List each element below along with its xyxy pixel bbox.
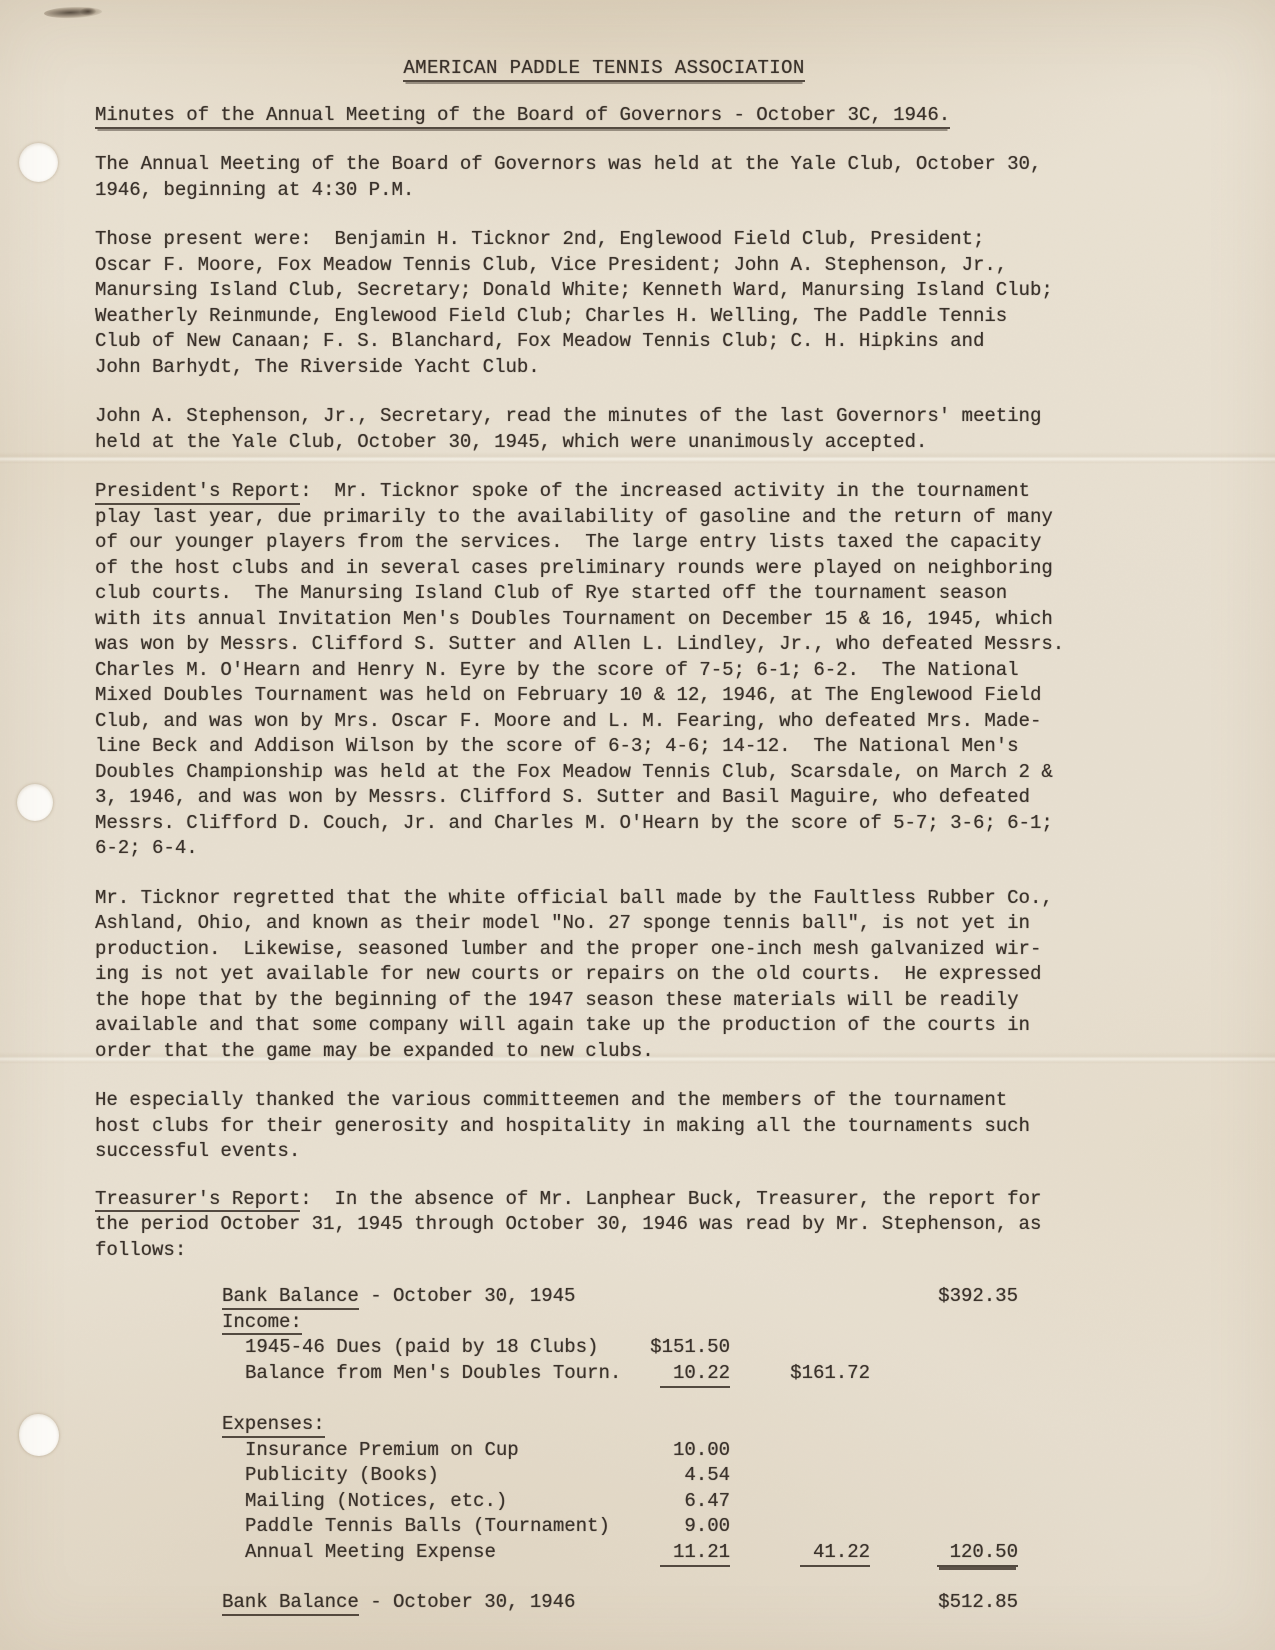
expenses-heading: Expenses: bbox=[222, 1413, 325, 1438]
amount-col1: 6.47 bbox=[535, 1489, 730, 1515]
document-subtitle: Minutes of the Annual Meeting of the Boa… bbox=[95, 104, 950, 129]
ledger-row-balls: Paddle Tennis Balls (Tournament)9.00 bbox=[95, 1514, 1113, 1540]
punch-hole-bottom bbox=[19, 1414, 59, 1456]
ledger-row-bank-balance-1946: Bank Balance - October 30, 1946$512.85 bbox=[95, 1590, 1113, 1616]
ink-smudge-mark bbox=[44, 6, 102, 19]
treasurer-ledger: Bank Balance - October 30, 1945$392.35 I… bbox=[95, 1284, 1113, 1616]
amount-col1: 10.22 bbox=[535, 1361, 730, 1389]
income-heading: Income: bbox=[222, 1311, 302, 1336]
paragraph-attendees: Those present were: Benjamin H. Ticknor … bbox=[95, 227, 1113, 380]
ledger-row-publicity: Publicity (Books)4.54 bbox=[95, 1463, 1113, 1489]
paragraph-treasurers-report: Treasurer's Report: In the absence of Mr… bbox=[95, 1187, 1113, 1264]
document-content: AMERICAN PADDLE TENNIS ASSOCIATION Minut… bbox=[95, 56, 1113, 1616]
amount-col2: $161.72 bbox=[750, 1361, 870, 1387]
row-label: Insurance Premium on Cup bbox=[245, 1438, 519, 1464]
treasurers-report-heading: Treasurer's Report bbox=[95, 1188, 300, 1213]
ledger-row-dues: 1945-46 Dues (paid by 18 Clubs)$151.50 bbox=[95, 1335, 1113, 1361]
row-label: Mailing (Notices, etc.) bbox=[245, 1489, 507, 1515]
paragraph-minutes-read: John A. Stephenson, Jr., Secretary, read… bbox=[95, 404, 1113, 455]
amount-col1: 11.21 bbox=[535, 1540, 730, 1568]
document-title: AMERICAN PADDLE TENNIS ASSOCIATION bbox=[403, 57, 804, 82]
paragraph-ball-report: Mr. Ticknor regretted that the white off… bbox=[95, 886, 1113, 1065]
paragraph-presidents-report: President's Report: Mr. Ticknor spoke of… bbox=[95, 479, 1113, 862]
punch-hole-middle bbox=[17, 784, 53, 821]
ledger-row-mailing: Mailing (Notices, etc.)6.47 bbox=[95, 1489, 1113, 1515]
row-label: Bank Balance - October 30, 1946 bbox=[222, 1590, 575, 1616]
punch-hole-top bbox=[19, 143, 58, 182]
amount-col1: $151.50 bbox=[535, 1335, 730, 1361]
ledger-row-annual-meeting: Annual Meeting Expense11.2141.22120.50 bbox=[95, 1540, 1113, 1566]
amount-col3: $392.35 bbox=[858, 1284, 1018, 1310]
ledger-row-bank-balance-1945: Bank Balance - October 30, 1945$392.35 bbox=[95, 1284, 1113, 1310]
amount-col3: 120.50 bbox=[858, 1540, 1018, 1568]
amount-col1: 4.54 bbox=[535, 1463, 730, 1489]
row-label: Bank Balance - October 30, 1945 bbox=[222, 1284, 575, 1310]
row-label: Publicity (Books) bbox=[245, 1463, 439, 1489]
paragraph-thanks: He especially thanked the various commit… bbox=[95, 1088, 1113, 1165]
paragraph-opening: The Annual Meeting of the Board of Gover… bbox=[95, 152, 1113, 203]
title-row: AMERICAN PADDLE TENNIS ASSOCIATION bbox=[95, 56, 1113, 82]
amount-col3: $512.85 bbox=[858, 1590, 1018, 1616]
row-label: Annual Meeting Expense bbox=[245, 1540, 496, 1566]
ledger-row-doubles-balance: Balance from Men's Doubles Tourn.10.22$1… bbox=[95, 1361, 1113, 1387]
presidents-report-body: : Mr. Ticknor spoke of the increased act… bbox=[95, 480, 1064, 859]
document-page: AMERICAN PADDLE TENNIS ASSOCIATION Minut… bbox=[0, 0, 1275, 1650]
amount-col1: 10.00 bbox=[535, 1438, 730, 1464]
presidents-report-heading: President's Report bbox=[95, 480, 300, 505]
ledger-row-insurance: Insurance Premium on Cup10.00 bbox=[95, 1438, 1113, 1464]
ledger-row-expenses-heading: Expenses: bbox=[95, 1412, 1113, 1438]
amount-col2: 41.22 bbox=[750, 1540, 870, 1568]
amount-col1: 9.00 bbox=[535, 1514, 730, 1540]
ledger-row-income-heading: Income: bbox=[95, 1310, 1113, 1336]
subtitle-row: Minutes of the Annual Meeting of the Boa… bbox=[95, 103, 1113, 129]
